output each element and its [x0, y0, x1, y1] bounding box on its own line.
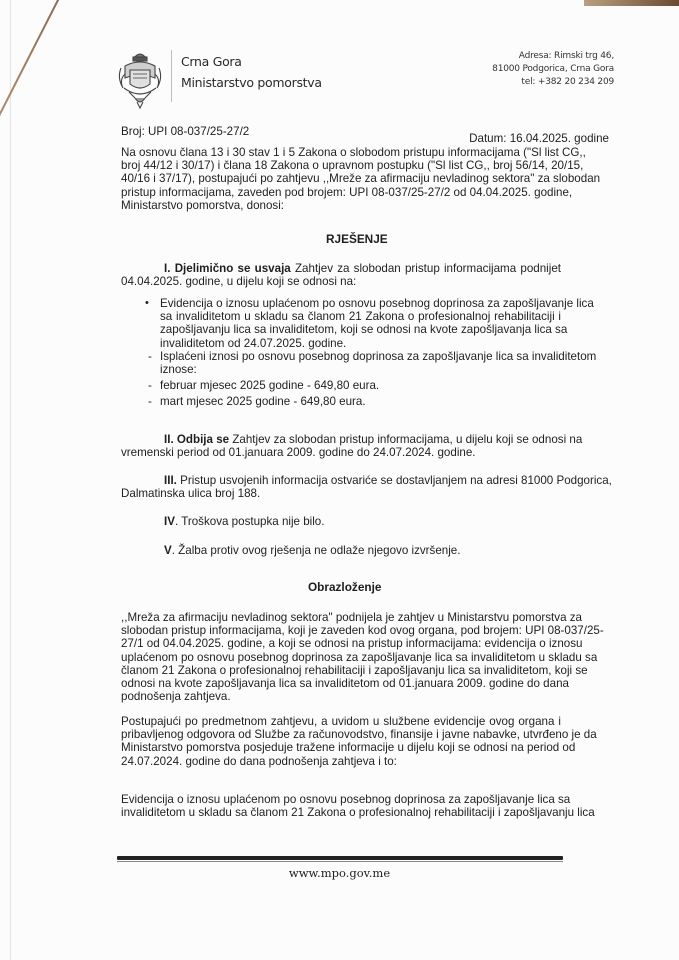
- scan-edge-shadow: [584, 0, 679, 6]
- address-phone: tel: +382 20 234 209: [492, 76, 614, 89]
- dash-item-march: mart mjesec 2025 godine - 649,80 eura.: [160, 395, 366, 408]
- decision-item-1: I. Djelimično se usvaja Zahtjev za slobo…: [121, 262, 561, 288]
- document-page: Crna Gora Ministarstvo pomorstva Adresa:…: [0, 0, 679, 960]
- document-number: Broj: UPI 08-037/25-27/2: [121, 125, 249, 138]
- footer-divider-thin: [117, 861, 563, 862]
- preamble-paragraph: Na osnovu člana 13 i 30 stav 1 i 5 Zakon…: [121, 146, 561, 212]
- dash-icon: -: [148, 379, 152, 392]
- reasoning-paragraph-1: ,,Mreža za afirmaciju nevladinog sektora…: [121, 611, 561, 703]
- page-edge: [10, 0, 11, 960]
- address-block: Adresa: Rimski trg 46, 81000 Podgorica, …: [492, 50, 614, 89]
- dash-item-february: februar mjesec 2025 godine - 649,80 eura…: [160, 379, 379, 392]
- reasoning-paragraph-2: Postupajući po predmetnom zahtjevu, a uv…: [121, 715, 561, 768]
- decision-item-2: II. Odbija se Zahtjev za slobodan pristu…: [121, 433, 561, 459]
- reasoning-title: Obrazloženje: [308, 580, 381, 594]
- bullet-item: Evidencija o iznosu uplaćenom po osnovu …: [160, 297, 561, 350]
- footer-website-link[interactable]: www.mpo.gov.me: [0, 866, 679, 880]
- reasoning-paragraph-3: Evidencija o iznosu uplaćenom po osnovu …: [121, 793, 561, 819]
- header-divider: [171, 50, 172, 102]
- org-country: Crna Gora: [181, 54, 242, 69]
- decision-item-3: III. Pristup usvojenih informacija ostva…: [121, 474, 561, 500]
- address-street: Adresa: Rimski trg 46,: [492, 50, 614, 63]
- document-date: Datum: 16.04.2025. godine: [469, 132, 609, 145]
- dash-item-paid-amounts: Isplaćeni iznosi po osnovu posebnog dopr…: [160, 350, 561, 376]
- dash-icon: -: [148, 395, 152, 408]
- decision-item-5: V. Žalba protiv ovog rješenja ne odlaže …: [164, 544, 460, 557]
- address-city: 81000 Podgorica, Crna Gora: [492, 63, 614, 76]
- dash-icon: -: [148, 350, 152, 363]
- org-ministry: Ministarstvo pomorstva: [181, 75, 322, 90]
- coat-of-arms-icon: [115, 48, 165, 110]
- bullet-icon: •: [145, 297, 149, 309]
- decision-item-4: IV. Troškova postupka nije bilo.: [164, 515, 324, 528]
- decision-title: RJEŠENJE: [326, 232, 388, 246]
- footer-divider: [117, 856, 563, 860]
